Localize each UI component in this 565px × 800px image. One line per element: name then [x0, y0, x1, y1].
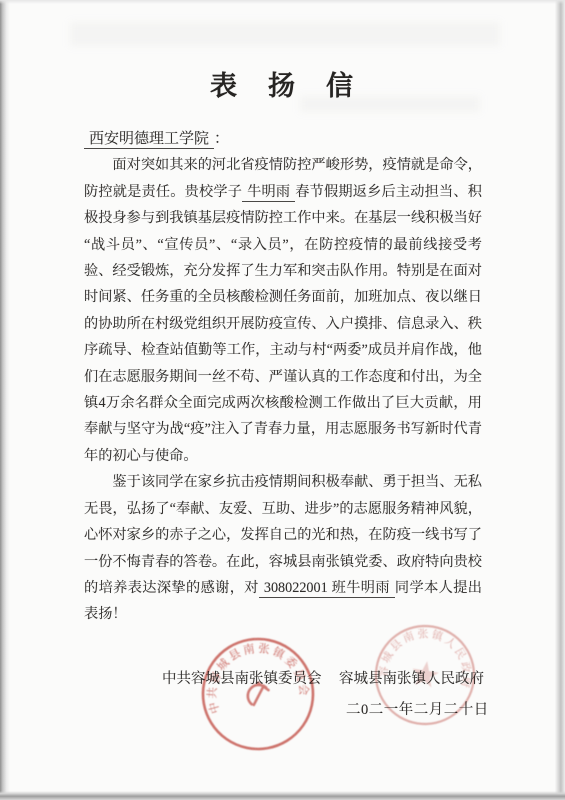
scanned-letter-page: 表 扬 信 西安明德理工学院： 面对突如其来的河北省疫情防控严峻形势，疫情就是命… [0, 0, 565, 800]
scan-bleed-artifact [70, 22, 500, 46]
party-seal-stamp: 中共容城县南张镇委员会 [186, 622, 330, 766]
paragraph-1-text-after-name: 春节假期返乡后主动担当、积极投身参与到我镇基层疫情防控工作中来。在基层一线积极当… [84, 184, 482, 464]
class-and-student-underlined: 308022001 班牛明雨 [259, 580, 395, 598]
salutation-line: 西安明德理工学院： [84, 126, 482, 152]
recipient-school-name: 西安明德理工学院 [84, 131, 214, 149]
student-name-underlined: 牛明雨 [242, 184, 295, 202]
letter-body: 西安明德理工学院： 面对突如其来的河北省疫情防控严峻形势，疫情就是命令，防控就是… [84, 126, 482, 628]
salutation-colon: ： [214, 131, 229, 147]
star-icon [410, 659, 440, 688]
hammer-sickle-icon [246, 681, 271, 705]
page-top-edge-shadow [0, 0, 565, 4]
paragraph-2: 鉴于该同学在家乡抗击疫情期间积极奉献、勇于担当、无私无畏，弘扬了“奉献、友爱、互… [84, 469, 482, 627]
paragraph-2-text-before-class: 鉴于该同学在家乡抗击疫情期间积极奉献、勇于担当、无私无畏，弘扬了“奉献、友爱、互… [84, 474, 482, 596]
page-bottom-edge-shadow [0, 791, 565, 800]
government-seal-stamp: 容城县南张镇人民政府 [354, 604, 496, 746]
paragraph-1: 面对突如其来的河北省疫情防控严峻形势，疫情就是命令，防控就是责任。贵校学子牛明雨… [84, 152, 482, 469]
page-right-edge-shadow [553, 0, 565, 800]
letter-title: 表 扬 信 [0, 64, 565, 103]
page-left-edge-shadow [0, 0, 10, 800]
